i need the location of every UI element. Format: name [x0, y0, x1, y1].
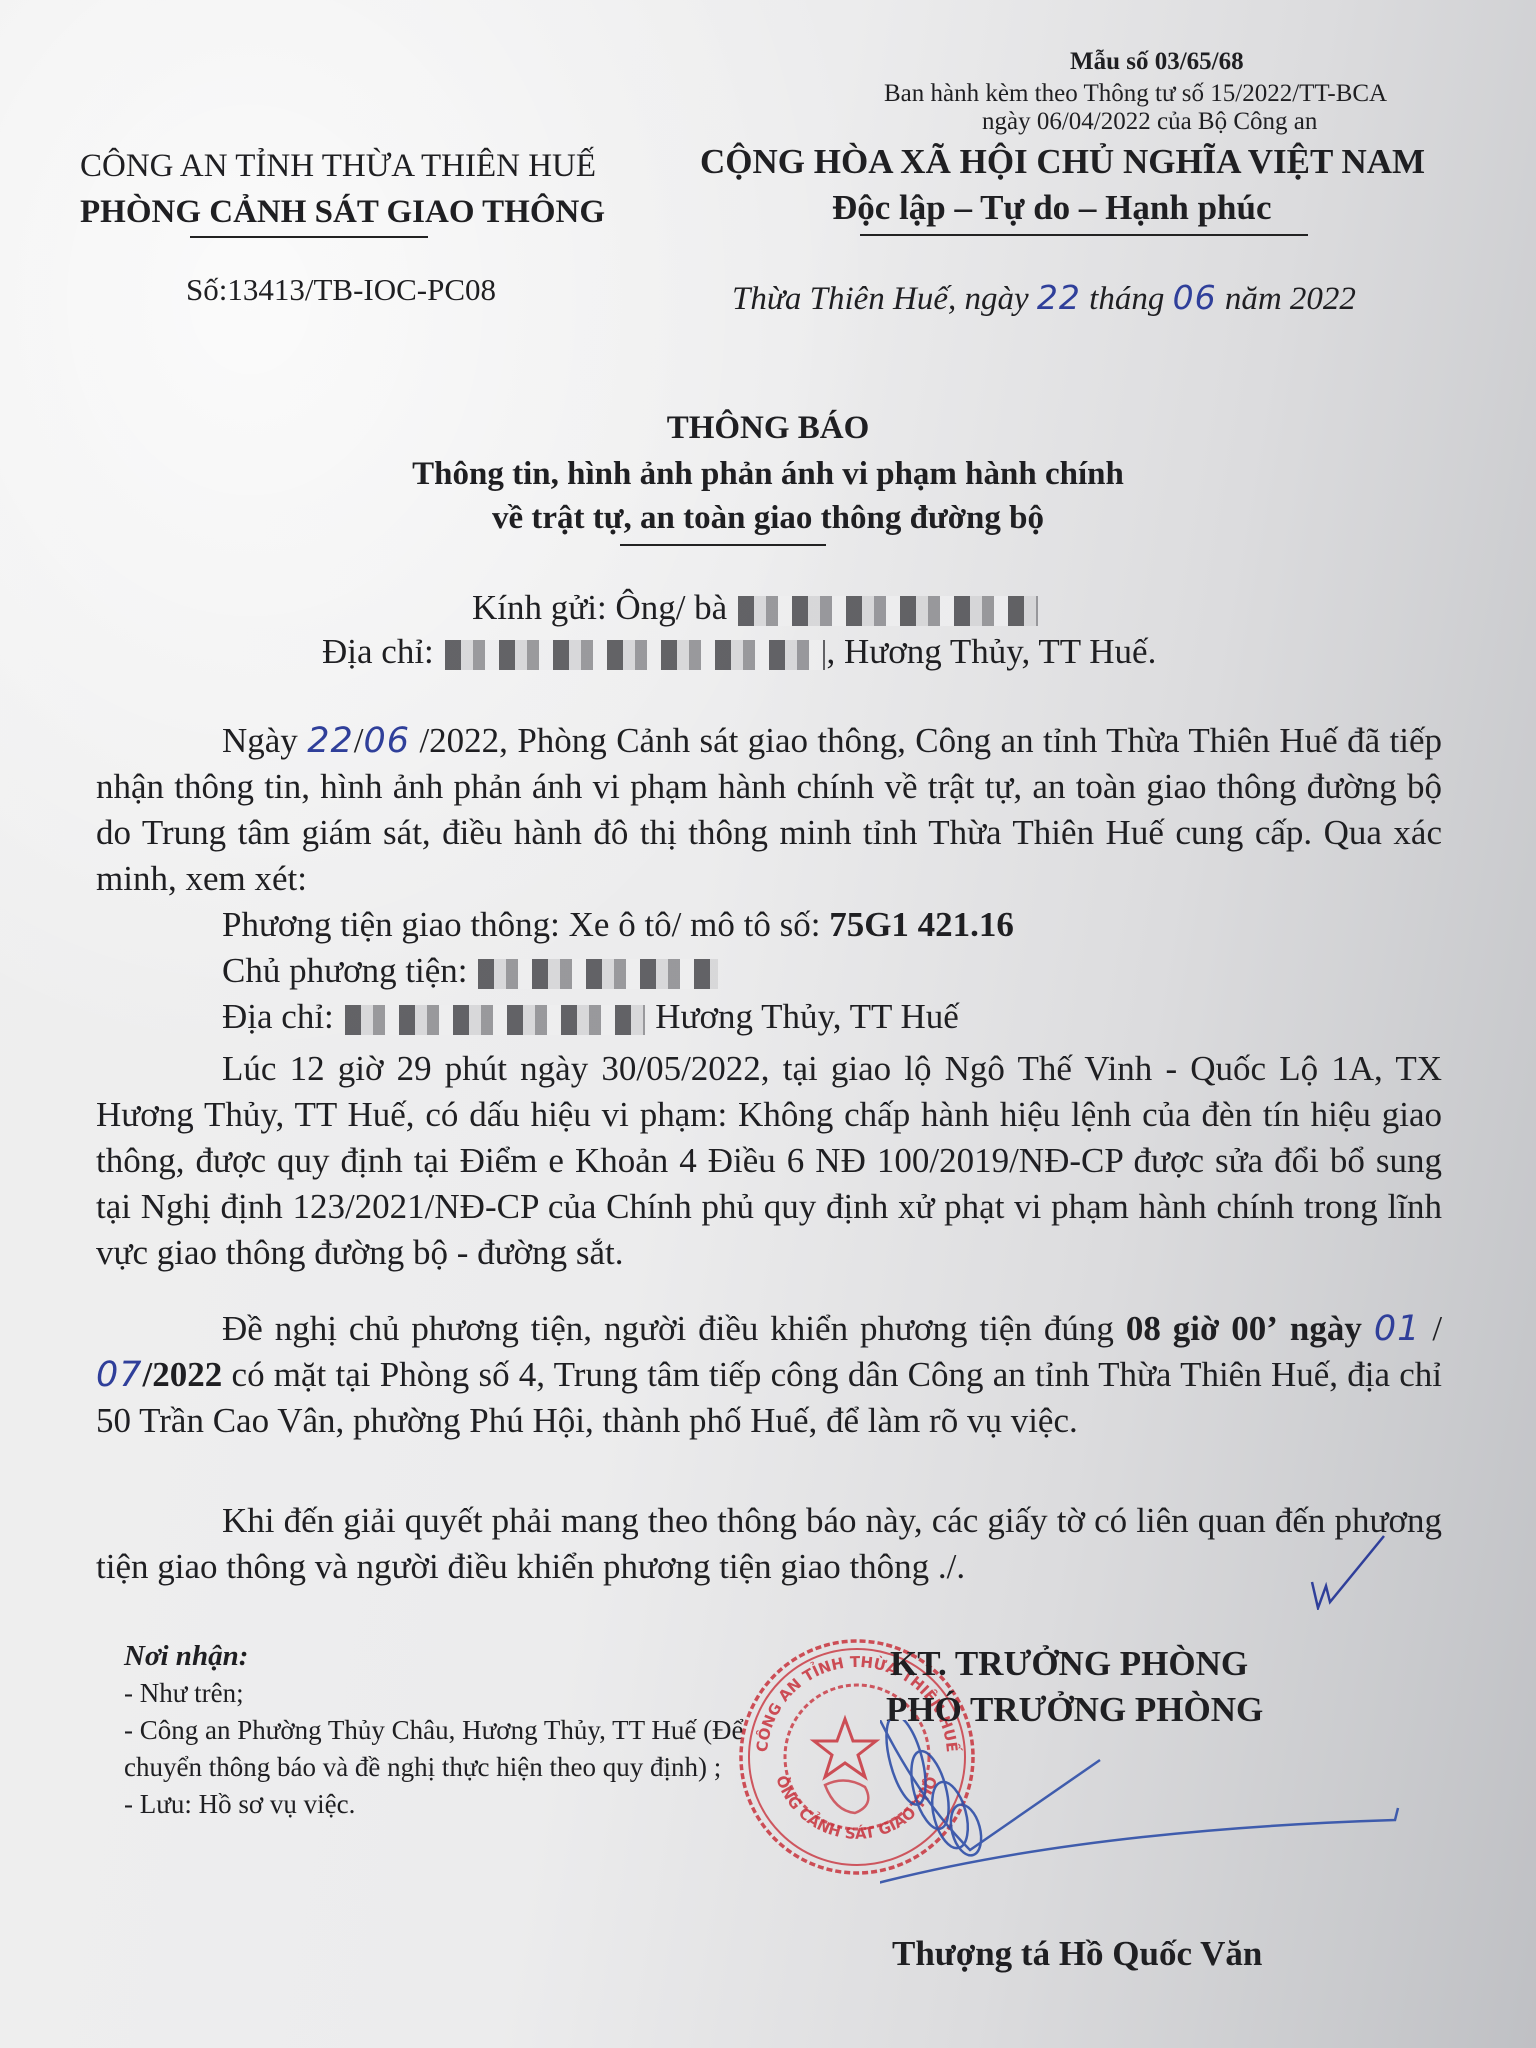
recipient-address-label: Địa chỉ: [322, 632, 434, 671]
vehicle-line: Phương tiện giao thông: Xe ô tô/ mô tô s… [96, 902, 1442, 948]
para1-text: /2022, Phòng Cảnh sát giao thông, Công a… [96, 721, 1442, 898]
owner-address-label: Địa chỉ: [222, 997, 334, 1036]
star-icon [814, 1719, 876, 1777]
redacted-recipient-address [445, 640, 825, 670]
plate-number: 75G1 421.16 [829, 905, 1014, 944]
owner-address-line: Địa chỉ: Hương Thủy, TT Huế [96, 994, 1442, 1040]
recipient-item: - Như trên; [124, 1675, 744, 1712]
recipients-title: Nơi nhận: [124, 1638, 744, 1675]
form-number: Mẫu số 03/65/68 [1070, 48, 1244, 76]
paragraph-received-report: Ngày 22/06 /2022, Phòng Cảnh sát giao th… [96, 718, 1442, 1040]
place-date-prefix: Thừa Thiên Huế, ngày [732, 281, 1029, 317]
recipient-line: Kính gửi: Ông/ bà [472, 588, 1040, 628]
owner-label: Chủ phương tiện: [222, 951, 468, 990]
motto-underline [860, 234, 1308, 236]
redacted-recipient-name [738, 596, 1038, 626]
recipient-address-line: Địa chỉ: , Hương Thủy, TT Huế. [322, 632, 1156, 672]
recipient-item: - Công an Phường Thủy Châu, Hương Thủy, … [124, 1712, 744, 1786]
redacted-owner-address [345, 1005, 645, 1035]
nation-title: CỘNG HÒA XÃ HỘI CHỦ NGHĨA VIỆT NAM [700, 142, 1425, 182]
handwritten-received-day: 22 [307, 721, 354, 761]
year-label: năm 2022 [1225, 281, 1356, 317]
document-subtitle-line-1: Thông tin, hình ảnh phản ánh vi phạm hàn… [0, 456, 1536, 493]
summons-year: /2022 [143, 1355, 223, 1394]
form-issued-with: Ban hành kèm theo Thông tư số 15/2022/TT… [884, 80, 1387, 108]
month-label: tháng [1089, 281, 1164, 317]
department-underline [190, 236, 428, 238]
handwritten-signature [880, 1720, 1400, 1890]
summons-day-label: ngày [1290, 1309, 1362, 1348]
summons-text-1: Đề nghị chủ phương tiện, người điều khiể… [222, 1309, 1114, 1348]
handwritten-initial-mark [1308, 1530, 1388, 1610]
redacted-owner-name [478, 959, 718, 989]
paragraph-summons: Đề nghị chủ phương tiện, người điều khiể… [96, 1306, 1442, 1444]
owner-line: Chủ phương tiện: [96, 948, 1442, 994]
recipient-item: - Lưu: Hồ sơ vụ việc. [124, 1786, 744, 1823]
place-date: Thừa Thiên Huế, ngày 22 tháng 06 năm 202… [732, 278, 1356, 318]
recipient-address-suffix: , Hương Thủy, TT Huế. [827, 632, 1157, 671]
department-name: PHÒNG CẢNH SÁT GIAO THÔNG [80, 194, 605, 231]
handwritten-summons-day: 01 [1374, 1309, 1421, 1349]
document-title: THÔNG BÁO [0, 410, 1536, 447]
recipient-label: Kính gửi: Ông/ bà [472, 588, 727, 627]
title-underline [620, 544, 826, 546]
document-number: Số:13413/TB-IOC-PC08 [186, 272, 496, 308]
paragraph-violation: Lúc 12 giờ 29 phút ngày 30/05/2022, tại … [96, 1046, 1442, 1276]
signer-name: Thượng tá Hồ Quốc Văn [892, 1934, 1262, 1974]
document-subtitle-line-2: về trật tự, an toàn giao thông đường bộ [0, 500, 1536, 537]
national-motto: Độc lập – Tự do – Hạnh phúc [832, 188, 1272, 228]
signatory-title-1: KT. TRƯỞNG PHÒNG [890, 1644, 1248, 1684]
summons-time: 08 giờ 00’ [1126, 1309, 1278, 1348]
summons-text-2: có mặt tại Phòng số 4, Trung tâm tiếp cô… [96, 1355, 1442, 1440]
handwritten-summons-month: 07 [96, 1355, 143, 1395]
owner-address-suffix: Hương Thủy, TT Huế [655, 997, 959, 1036]
handwritten-received-month: 06 [364, 721, 411, 761]
handwritten-month: 06 [1173, 278, 1217, 317]
form-issued-date: ngày 06/04/2022 của Bộ Công an [982, 108, 1317, 136]
handwritten-day: 22 [1037, 278, 1081, 317]
recipients-block: Nơi nhận: - Như trên; - Công an Phường T… [124, 1638, 744, 1823]
paragraph-requirements: Khi đến giải quyết phải mang theo thông … [96, 1498, 1442, 1590]
violation-text: Lúc 12 giờ 29 phút ngày 30/05/2022, tại … [96, 1046, 1442, 1276]
requirements-text: Khi đến giải quyết phải mang theo thông … [96, 1498, 1442, 1590]
para1-prefix: Ngày [222, 721, 298, 760]
agency-name: CÔNG AN TỈNH THỪA THIÊN HUẾ [80, 148, 596, 185]
vehicle-label: Phương tiện giao thông: Xe ô tô/ mô tô s… [222, 905, 820, 944]
